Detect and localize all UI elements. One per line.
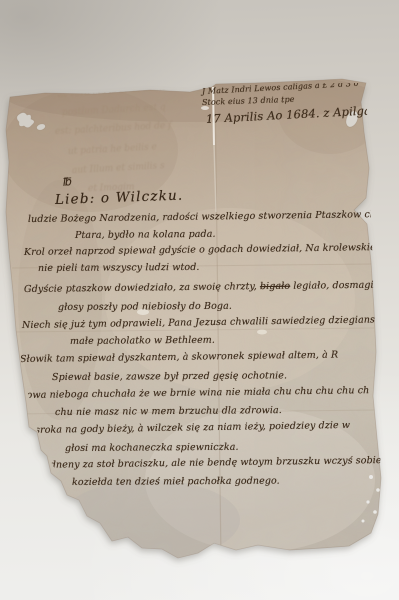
marginalia-line: Stock eius 13 dnia tpe bbox=[202, 95, 295, 108]
photo-of-manuscript: { "colors": { "ink": "#3b2a1a", "faded_b… bbox=[0, 0, 399, 600]
bleedthrough-line: postium Dadurch est q bbox=[62, 103, 166, 118]
manuscript-title: Lieb: o Wilczku. bbox=[55, 188, 184, 209]
manuscript-line: Niech się już tym odprawieli, Pana Jezus… bbox=[22, 314, 375, 331]
manuscript-line: Krol orzeł naprzod spiewał gdyście o god… bbox=[24, 242, 397, 259]
manuscript-line-with-strikethrough: Gdyście ptaszkow dowiedziało, za swoię c… bbox=[24, 279, 395, 295]
manuscript-line: Sowa nieboga chuchała że we brnie wina n… bbox=[20, 385, 369, 401]
manuscript-line: Spiewał basie, zawsze był przed gęsię oc… bbox=[52, 370, 287, 383]
manuscript-line: głosy poszły pod niebiosły do Boga. bbox=[58, 301, 232, 314]
manuscript-line: Słowik tam spiewał dyszkantem, à skowron… bbox=[20, 350, 338, 366]
manuscript-line: ludzie Bożego Narodzenia, radości wszelk… bbox=[28, 209, 376, 225]
struck-word: bigało bbox=[260, 281, 290, 292]
flourish-mark: ℔ bbox=[61, 175, 71, 189]
manuscript-line: Ptara, bydło na kolana pada. bbox=[75, 229, 216, 242]
manuscript-line: małe pacholatko w Bethleem. bbox=[70, 335, 215, 348]
line-pre: Gdyście ptaszkow dowiedziało, za swoię c… bbox=[24, 281, 260, 295]
bleedthrough-line: est: palchteribus hod de f bbox=[55, 121, 172, 137]
bleedthrough-line: ut patria he beilis e bbox=[68, 142, 157, 157]
manuscript-line: głosi ma kochaneczka spiewniczka. bbox=[65, 442, 239, 455]
marginalia-date: 17 Aprilis Ao 1684. z Apilgas bbox=[206, 104, 378, 127]
bleedthrough-line: aut Illum et similis s bbox=[72, 161, 165, 176]
manuscript-line: A sroka na gody bieży, à wilczek się za … bbox=[25, 420, 350, 436]
manuscript-line: koziełda ten dzieś mieł pachołka godnego… bbox=[72, 476, 280, 489]
manuscript-line: W iedneny za stoł braciszku, ale nie ben… bbox=[28, 455, 382, 471]
manuscript-line: chu nie masz nic w mem brzuchu dla zdrow… bbox=[55, 405, 282, 418]
manuscript-line: nie pieli tam wszyscy ludzi wtod. bbox=[38, 262, 200, 275]
